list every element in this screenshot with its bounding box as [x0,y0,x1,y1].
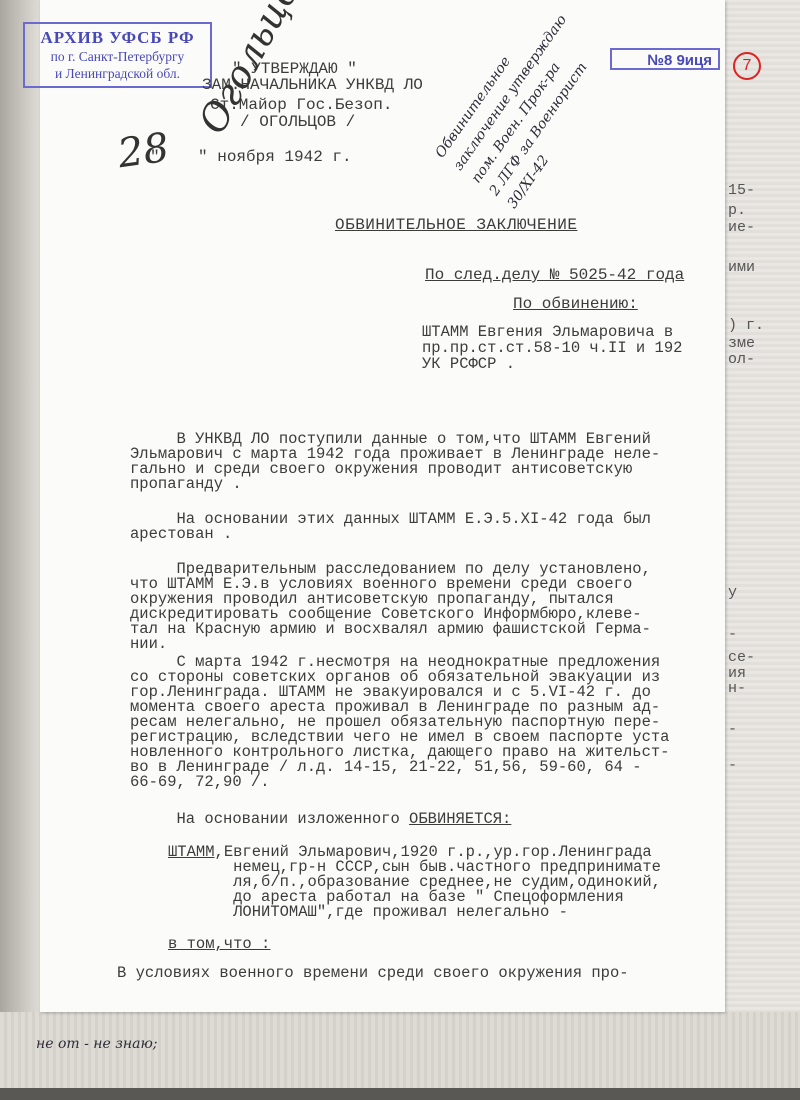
accusation-keyword: ОБВИНЯЕТСЯ: [409,810,511,828]
accusation-intro-text: На основании изложенного [130,810,409,828]
underlying-fragment: се- [728,650,755,666]
underlying-fragment: - [728,627,737,643]
scan-left-shadow [0,0,45,1100]
underlying-fragment: - [728,722,737,738]
handwritten-bottom-note: не от - не знаю; [36,1036,158,1052]
page-number-circle: 7 [733,52,761,80]
number-stamp: №8 9иця [610,48,720,70]
underlying-fragment: 15- [728,183,755,199]
underlying-fragment: ол- [728,352,755,368]
archive-stamp: АРХИВ УФСБ РФ по г. Санкт-Петербургу и Л… [23,22,212,88]
underlying-sheet-strip [725,0,800,1100]
body-line: тал на Красную армию и восхвалял армию ф… [130,622,651,638]
document-title: ОБВИНИТЕЛЬНОЕ ЗАКЛЮЧЕНИЕ [335,218,577,234]
underlying-fragment: - [728,758,737,774]
underlying-fragment: н- [728,681,746,697]
accusation-intro: На основании изложенного ОБВИНЯЕТСЯ: [130,812,511,828]
underlying-fragment: у [728,585,737,601]
underlying-fragment: ) г. [728,318,764,334]
accused-line: УК РСФСР . [422,357,515,373]
charge-heading: По обвинению: [513,297,638,313]
archive-stamp-region: и Ленинградской обл. [25,65,210,82]
approval-name: / ОГОЛЬЦОВ / [240,115,355,131]
body-line: арестован . [130,527,232,543]
in-that-heading: в том,что : [168,937,270,953]
archive-stamp-city: по г. Санкт-Петербургу [25,48,210,65]
body-line: В условиях военного времени среди своего… [117,966,629,982]
handwritten-day: 28 [115,125,172,178]
scan-bottom-edge [0,1088,800,1100]
underlying-fragment: р. [728,203,746,219]
body-line: нии. [130,637,167,653]
body-line: пропаганду . [130,477,242,493]
archive-stamp-title: АРХИВ УФСБ РФ [25,28,210,48]
underlying-fragment: ие- [728,220,755,236]
underlying-fragment: зме [728,336,755,352]
accused-detail: ЛОНИТОМАШ",где проживал нелегально - [168,905,568,921]
underlying-paper-bottom [0,1012,800,1100]
underlying-fragment: ими [728,260,755,276]
case-number-line: По след.делу № 5025-42 года [425,268,684,284]
approval-date: " " ноября 1942 г. [150,150,352,166]
body-line: 66-69, 72,90 /. [130,775,270,791]
